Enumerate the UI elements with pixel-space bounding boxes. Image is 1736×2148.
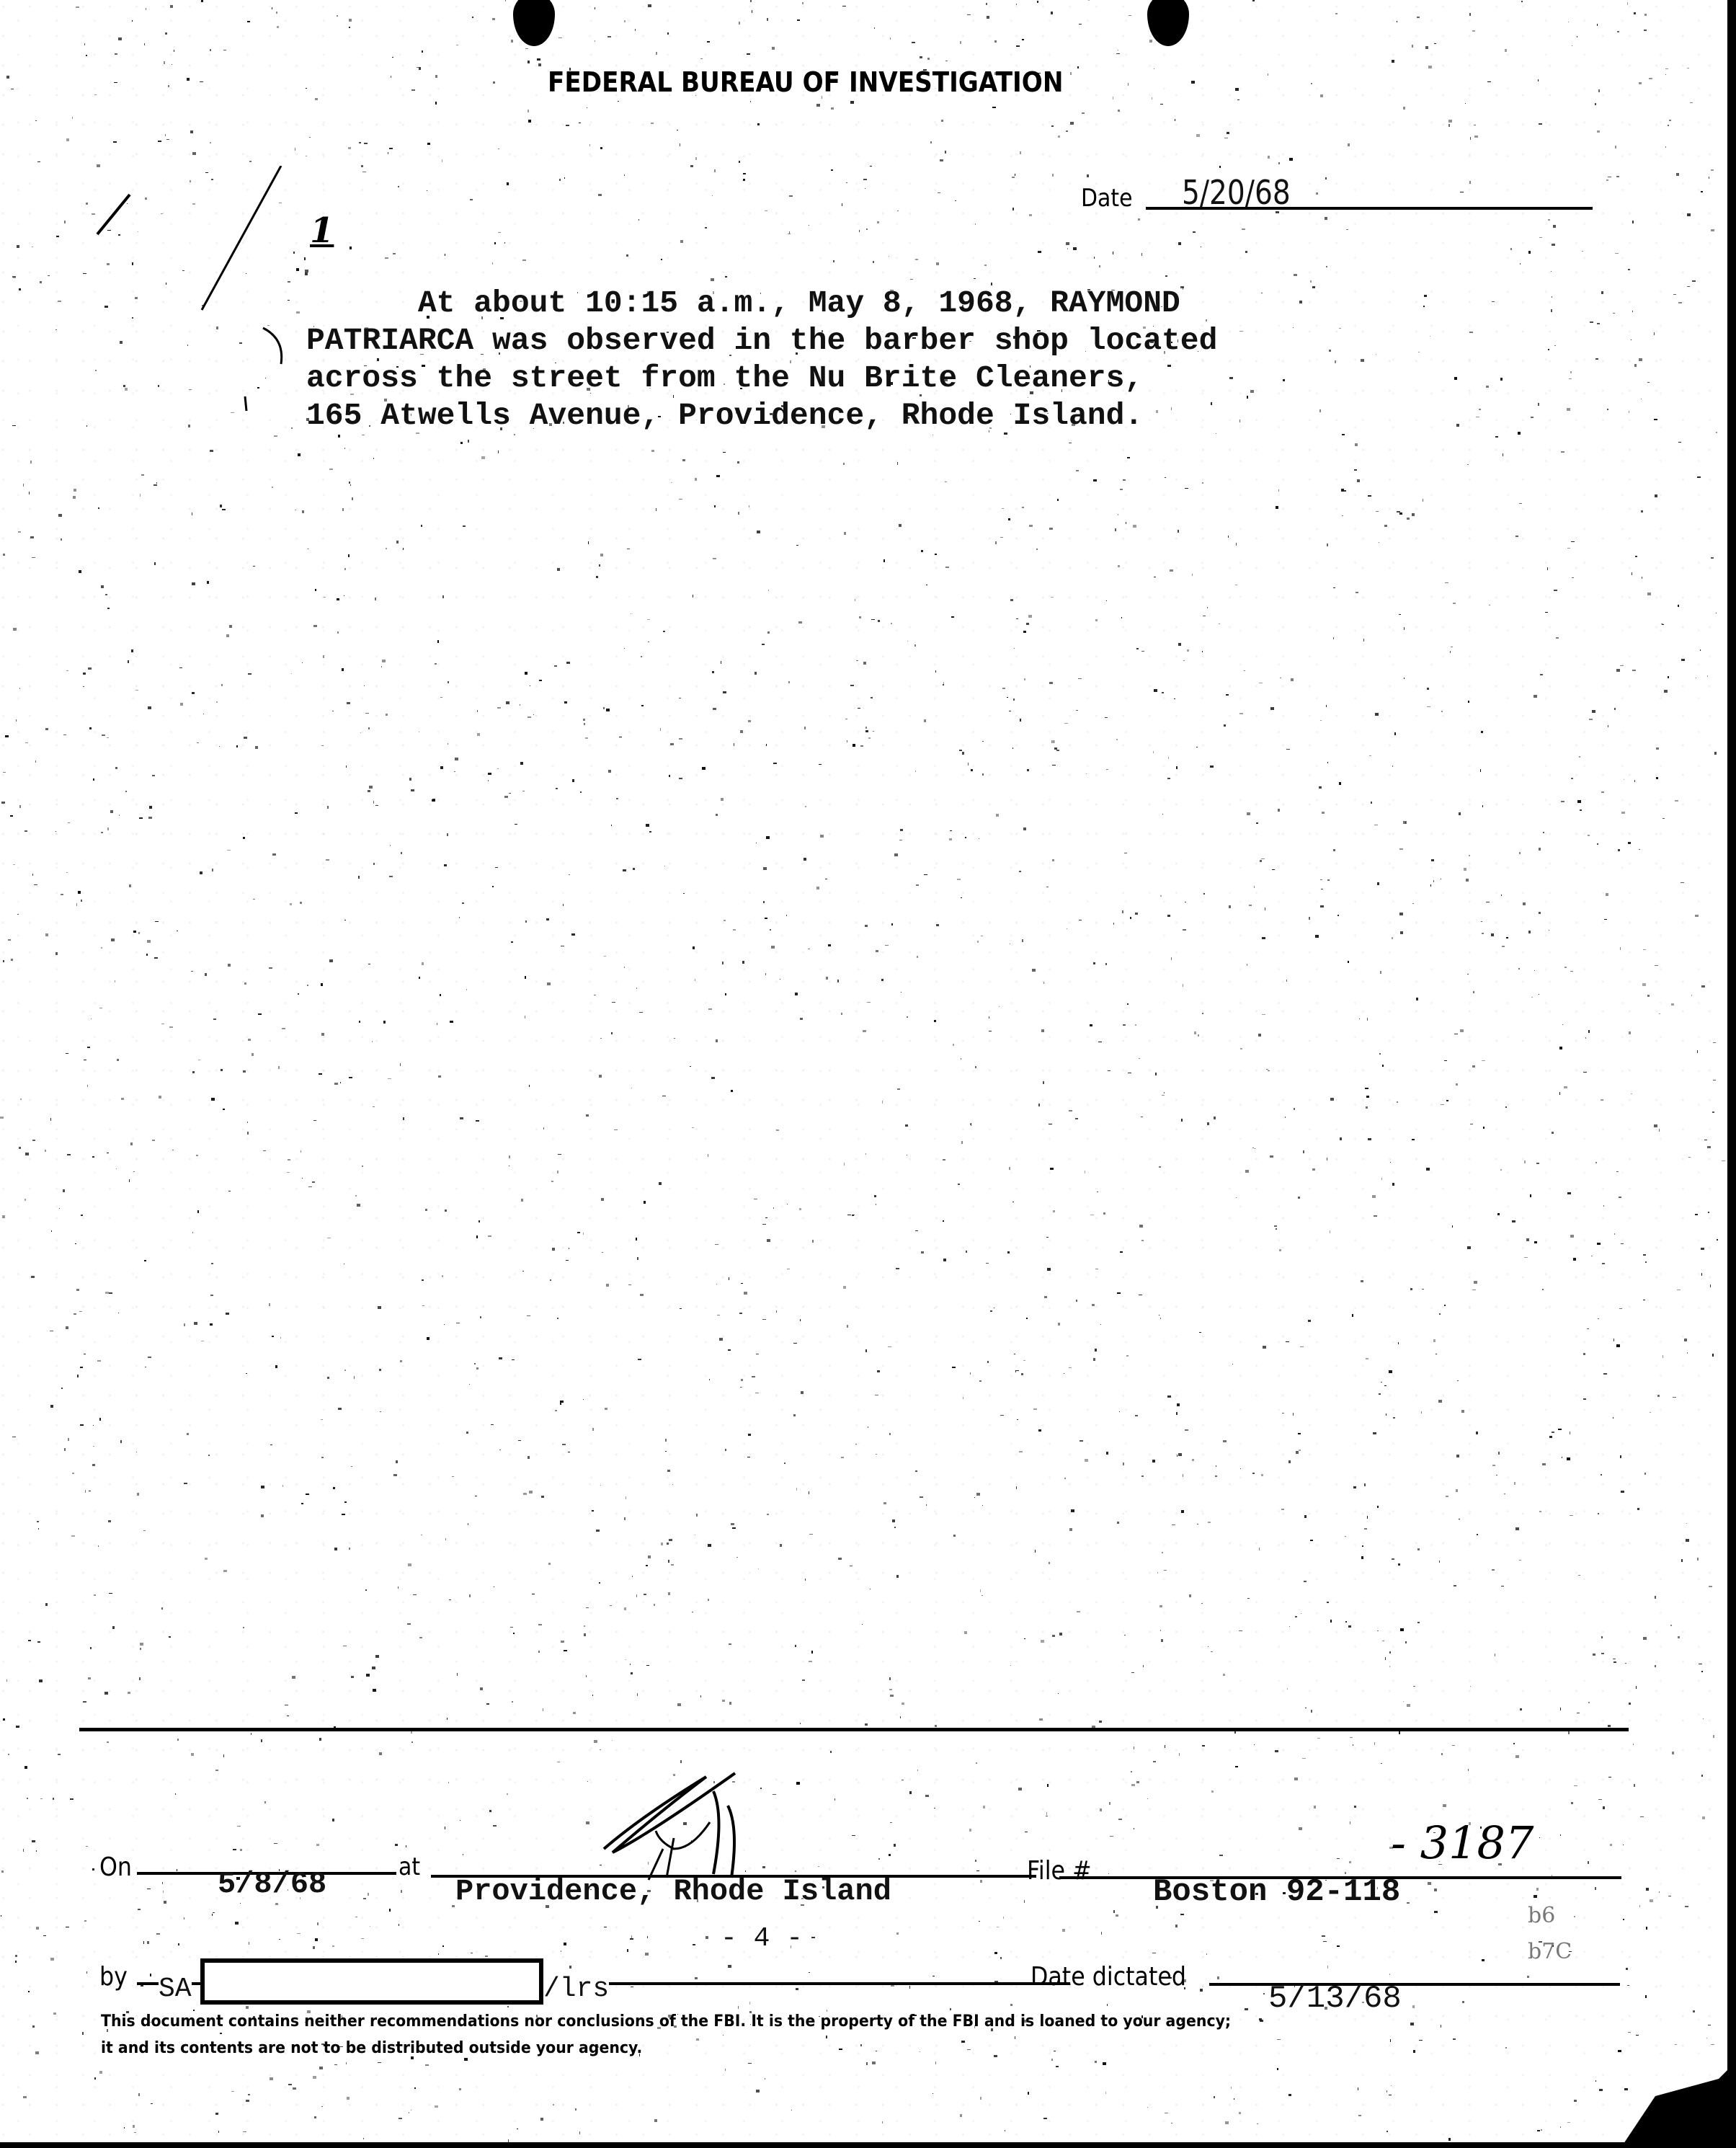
exemption-code-b6: b6: [1528, 1903, 1555, 1928]
on-label: On: [99, 1852, 132, 1882]
body-line: 165 Atwells Avenue, Providence, Rhode Is…: [306, 397, 1474, 435]
body-line: PATRIARCA was observed in the barber sho…: [306, 322, 1474, 360]
typist-initials: /lrs: [543, 1974, 609, 2005]
scan-edge-right: [1727, 0, 1736, 2148]
date-dictated-label: Date dictated: [1031, 1962, 1186, 1992]
date-dictated-value: 5/13/68: [1268, 1981, 1402, 2017]
margin-pen-strokes: [86, 166, 303, 454]
body-line: At about 10:15 a.m., May 8, 1968, RAYMON…: [306, 285, 1474, 322]
disclaimer-line-2: it and its contents are not to be distri…: [101, 2039, 1542, 2057]
punch-hole-right: [1147, 0, 1189, 46]
initials-signature: [598, 1759, 742, 1881]
fbi-document-page: FEDERAL BUREAU OF INVESTIGATION Date 5/2…: [0, 0, 1736, 2148]
agent-prefix: SA: [159, 1974, 192, 2005]
date-value: 5/20/68: [1182, 173, 1291, 212]
body-paragraph: At about 10:15 a.m., May 8, 1968, RAYMON…: [306, 285, 1474, 435]
file-number-value: Boston 92-118: [1153, 1874, 1400, 1910]
page-number: - 4 -: [721, 1923, 803, 1954]
exemption-code-b7c: b7C: [1528, 1939, 1572, 1964]
redacted-agent-name: [200, 1958, 543, 2005]
location-value: Providence, Rhode Island: [455, 1874, 891, 1909]
serial-number-handwritten: - 3187: [1391, 1816, 1534, 1869]
punch-hole-left: [513, 0, 555, 46]
at-label: at: [399, 1852, 420, 1881]
file-label: File #: [1027, 1856, 1092, 1886]
by-label: by: [99, 1962, 128, 1992]
on-date-value: 5/8/68: [218, 1867, 326, 1901]
body-line: across the street from the Nu Brite Clea…: [306, 360, 1474, 397]
footer-separator-rule: [79, 1728, 1629, 1731]
date-label: Date: [1081, 184, 1133, 213]
margin-number-mark: 1: [310, 210, 334, 251]
folded-corner: [1621, 2062, 1736, 2148]
scan-edge-bottom: [0, 2142, 1736, 2148]
disclaimer-line-1: This document contains neither recommend…: [101, 2012, 1542, 2031]
agency-header: FEDERAL BUREAU OF INVESTIGATION: [548, 66, 1063, 98]
